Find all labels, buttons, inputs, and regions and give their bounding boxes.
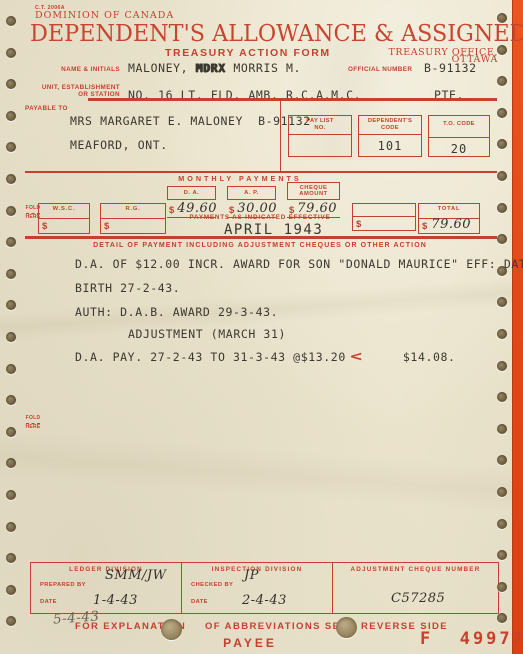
tractor-feed-hole [6, 585, 16, 595]
tractor-feed-hole [6, 490, 16, 500]
tractor-feed-hole [497, 76, 507, 86]
official-number-label: OFFICIAL NUMBER [348, 66, 412, 73]
name-value: MALONEY, MDRX MORRIS M. [128, 61, 301, 75]
label-line: PAY LIST [306, 118, 333, 124]
payable-line2: MEAFORD, ONT. [70, 138, 168, 152]
tractor-feed-hole [497, 329, 507, 339]
label-line: CODE [381, 125, 399, 131]
detail-line-4: ADJUSTMENT (MARCH 31) [128, 327, 286, 341]
dollar-sign: $ [42, 222, 47, 232]
next-sheet-orange-edge [512, 0, 523, 654]
wsc-label: W.S.C. [39, 204, 89, 219]
rg-box: R.G. $ [100, 203, 166, 234]
tractor-feed-hole [497, 519, 507, 529]
inspection-date-value: 2-4-43 [242, 593, 287, 608]
checked-by-value: JP [244, 568, 259, 583]
blank-box-value-row: $ [353, 217, 415, 231]
adjustment-cheque-header: ADJUSTMENT CHEQUE NUMBER [333, 566, 498, 573]
dollar-sign: $ [356, 220, 361, 230]
fold-here-mark: FOLD HERE [24, 416, 42, 430]
prepared-by-label: PREPARED BY [40, 582, 86, 588]
tractor-feed-hole [6, 48, 16, 58]
ledger-division-cell: LEDGER DIVISION PREPARED BY SMM/JW DATE … [31, 563, 182, 613]
tractor-feed-hole [497, 171, 507, 181]
inspection-date-label: DATE [191, 599, 208, 605]
pay-list-no-box: PAY LISTNO. [288, 115, 352, 157]
tractor-feed-hole [6, 427, 16, 437]
tractor-feed-hole [6, 553, 16, 563]
tractor-feed-hole [6, 206, 16, 216]
total-value-row: $79.60 [419, 219, 479, 233]
to-code-value: 20 [429, 138, 489, 162]
name-label: NAME & INITIALS [40, 66, 120, 73]
dependents-code-box: DEPENDENT'SCODE 101 [358, 115, 422, 157]
section-rule [25, 236, 497, 239]
dollar-sign: $ [104, 222, 109, 232]
explanation-mid: OF ABBREVIATIONS SEE [205, 621, 348, 632]
country-line: DOMINION OF CANADA [35, 12, 174, 19]
dependents-code-value: 101 [359, 135, 421, 159]
blank-amount-box: $ [352, 203, 416, 231]
tractor-feed-hole [497, 234, 507, 244]
total-value: 79.60 [431, 217, 471, 232]
tractor-feed-hole [6, 395, 16, 405]
handwritten-arrow: < [350, 349, 363, 365]
monthly-payments-title: MONTHLY PAYMENTS [150, 175, 330, 182]
vertical-divider [280, 100, 281, 171]
tractor-feed-hole [497, 424, 507, 434]
detail-line-5-amount: $14.08. [403, 350, 456, 364]
tractor-feed-hole [6, 522, 16, 532]
official-number-value: B-91132 [424, 61, 477, 75]
detail-line-5: D.A. PAY. 27-2-43 TO 31-3-43 @$13.20 < $… [75, 349, 456, 365]
tractor-feed-hole [497, 361, 507, 371]
unit-label-line2: OR STATION [78, 91, 120, 98]
tractor-feed-hole [497, 266, 507, 276]
tractor-feed-hole [6, 79, 16, 89]
detail-line-1: D.A. OF $12.00 INCR. AWARD FOR SON "DONA… [75, 257, 523, 271]
tractor-feed-hole [6, 300, 16, 310]
detail-line-3: AUTH: D.A.B. AWARD 29-3-43. [75, 305, 278, 319]
tractor-feed-hole [497, 582, 507, 592]
tractor-feed-hole [497, 108, 507, 118]
fold-word: FOLD [24, 416, 42, 422]
section-rule [25, 171, 497, 173]
dollar-sign: $ [422, 222, 427, 232]
rg-value-row: $ [101, 219, 165, 233]
tractor-feed-hole [6, 332, 16, 342]
unit-label: UNIT, ESTABLISHMENTOR STATION [28, 84, 120, 98]
tractor-feed-hole [497, 203, 507, 213]
tractor-feed-hole [497, 45, 507, 55]
cheque-amount-column: CHEQUEAMOUNT $79.60 [287, 182, 340, 218]
rg-label: R.G. [101, 204, 165, 219]
prepared-by-value: SMM/JW [105, 568, 166, 583]
name-part: MALONEY, [128, 61, 196, 75]
inspection-division-cell: INSPECTION DIVISION CHECKED BY JP DATE 2… [182, 563, 333, 613]
label-line: NO. [314, 125, 325, 131]
tractor-feed-hole [497, 550, 507, 560]
form-serial-number: F 49977 [420, 629, 523, 649]
tractor-feed-hole [497, 487, 507, 497]
label-line: T.O. CODE [443, 121, 475, 127]
pay-list-no-value [289, 135, 351, 159]
fold-word: HERE [24, 425, 42, 431]
label-line: CHEQUE [300, 185, 328, 191]
to-code-box: T.O. CODE 20 [428, 115, 490, 157]
paper-crease [0, 380, 523, 560]
label-line: DEPENDENT'S [368, 118, 412, 124]
da-column: D. A. $49.60 [167, 186, 216, 218]
pay-list-no-label: PAY LISTNO. [289, 116, 351, 135]
tractor-feed-hole [6, 16, 16, 26]
tractor-feed-hole [6, 142, 16, 152]
tractor-feed-hole [497, 139, 507, 149]
payable-to-label: PAYABLE TO [25, 105, 68, 112]
blank-box-label [353, 204, 415, 217]
adjustment-cheque-value: C57285 [391, 591, 445, 606]
detail-line-5-text: D.A. PAY. 27-2-43 TO 31-3-43 @$13.20 [75, 350, 346, 364]
tractor-feed-hole [497, 13, 507, 23]
tractor-feed-hole [497, 455, 507, 465]
detail-line-2: BIRTH 27-2-43. [75, 281, 180, 295]
form-name: TREASURY ACTION FORM [165, 50, 331, 57]
ap-column: A. P. $30.00 [227, 186, 276, 218]
tractor-feed-hole [497, 297, 507, 307]
tractor-feed-hole [497, 613, 507, 623]
checked-by-label: CHECKED BY [191, 582, 233, 588]
tractor-feed-hole [6, 237, 16, 247]
ledger-date-value: 1-4-43 [93, 593, 138, 608]
treasury-action-form: C.T. 2006A DOMINION OF CANADA DEPENDENT'… [0, 0, 523, 654]
tractor-feed-hole [6, 616, 16, 626]
tractor-feed-hole [6, 174, 16, 184]
to-code-label: T.O. CODE [429, 116, 489, 138]
adjustment-cheque-cell: ADJUSTMENT CHEQUE NUMBER C57285 [333, 563, 498, 613]
payee-label: PAYEE [195, 636, 305, 650]
wsc-value-row: $ [39, 219, 89, 233]
dependents-code-label: DEPENDENT'SCODE [359, 116, 421, 135]
label-line: AMOUNT [299, 191, 327, 197]
effective-caption: PAYMENTS AS INDICATED EFFECTIVE [160, 214, 360, 221]
payable-line1: MRS MARGARET E. MALONEY B-91132 [70, 114, 311, 128]
detail-caption: DETAIL OF PAYMENT INCLUDING ADJUSTMENT C… [60, 242, 460, 249]
form-title: DEPENDENT'S ALLOWANCE & ASSIGNED PAY [30, 21, 523, 47]
name-struck-overtype: MDRX [196, 61, 226, 75]
unit-label-line1: UNIT, ESTABLISHMENT [42, 84, 120, 91]
da-label: D. A. [167, 186, 216, 200]
name-part: MORRIS M. [226, 61, 301, 75]
total-box: TOTAL $79.60 [418, 203, 480, 234]
tractor-feed-hole [6, 364, 16, 374]
tractor-feed-hole [6, 458, 16, 468]
punch-hole-large [161, 619, 182, 640]
cheque-amount-label: CHEQUEAMOUNT [287, 182, 340, 200]
ap-label: A. P. [227, 186, 276, 200]
section-rule [88, 98, 497, 101]
footer-table: LEDGER DIVISION PREPARED BY SMM/JW DATE … [30, 562, 499, 614]
tractor-feed-hole [6, 111, 16, 121]
tractor-feed-hole [6, 269, 16, 279]
tractor-feed-hole [497, 392, 507, 402]
punch-hole-large [336, 617, 357, 638]
wsc-box: W.S.C. $ [38, 203, 90, 234]
ledger-date-label: DATE [40, 599, 57, 605]
